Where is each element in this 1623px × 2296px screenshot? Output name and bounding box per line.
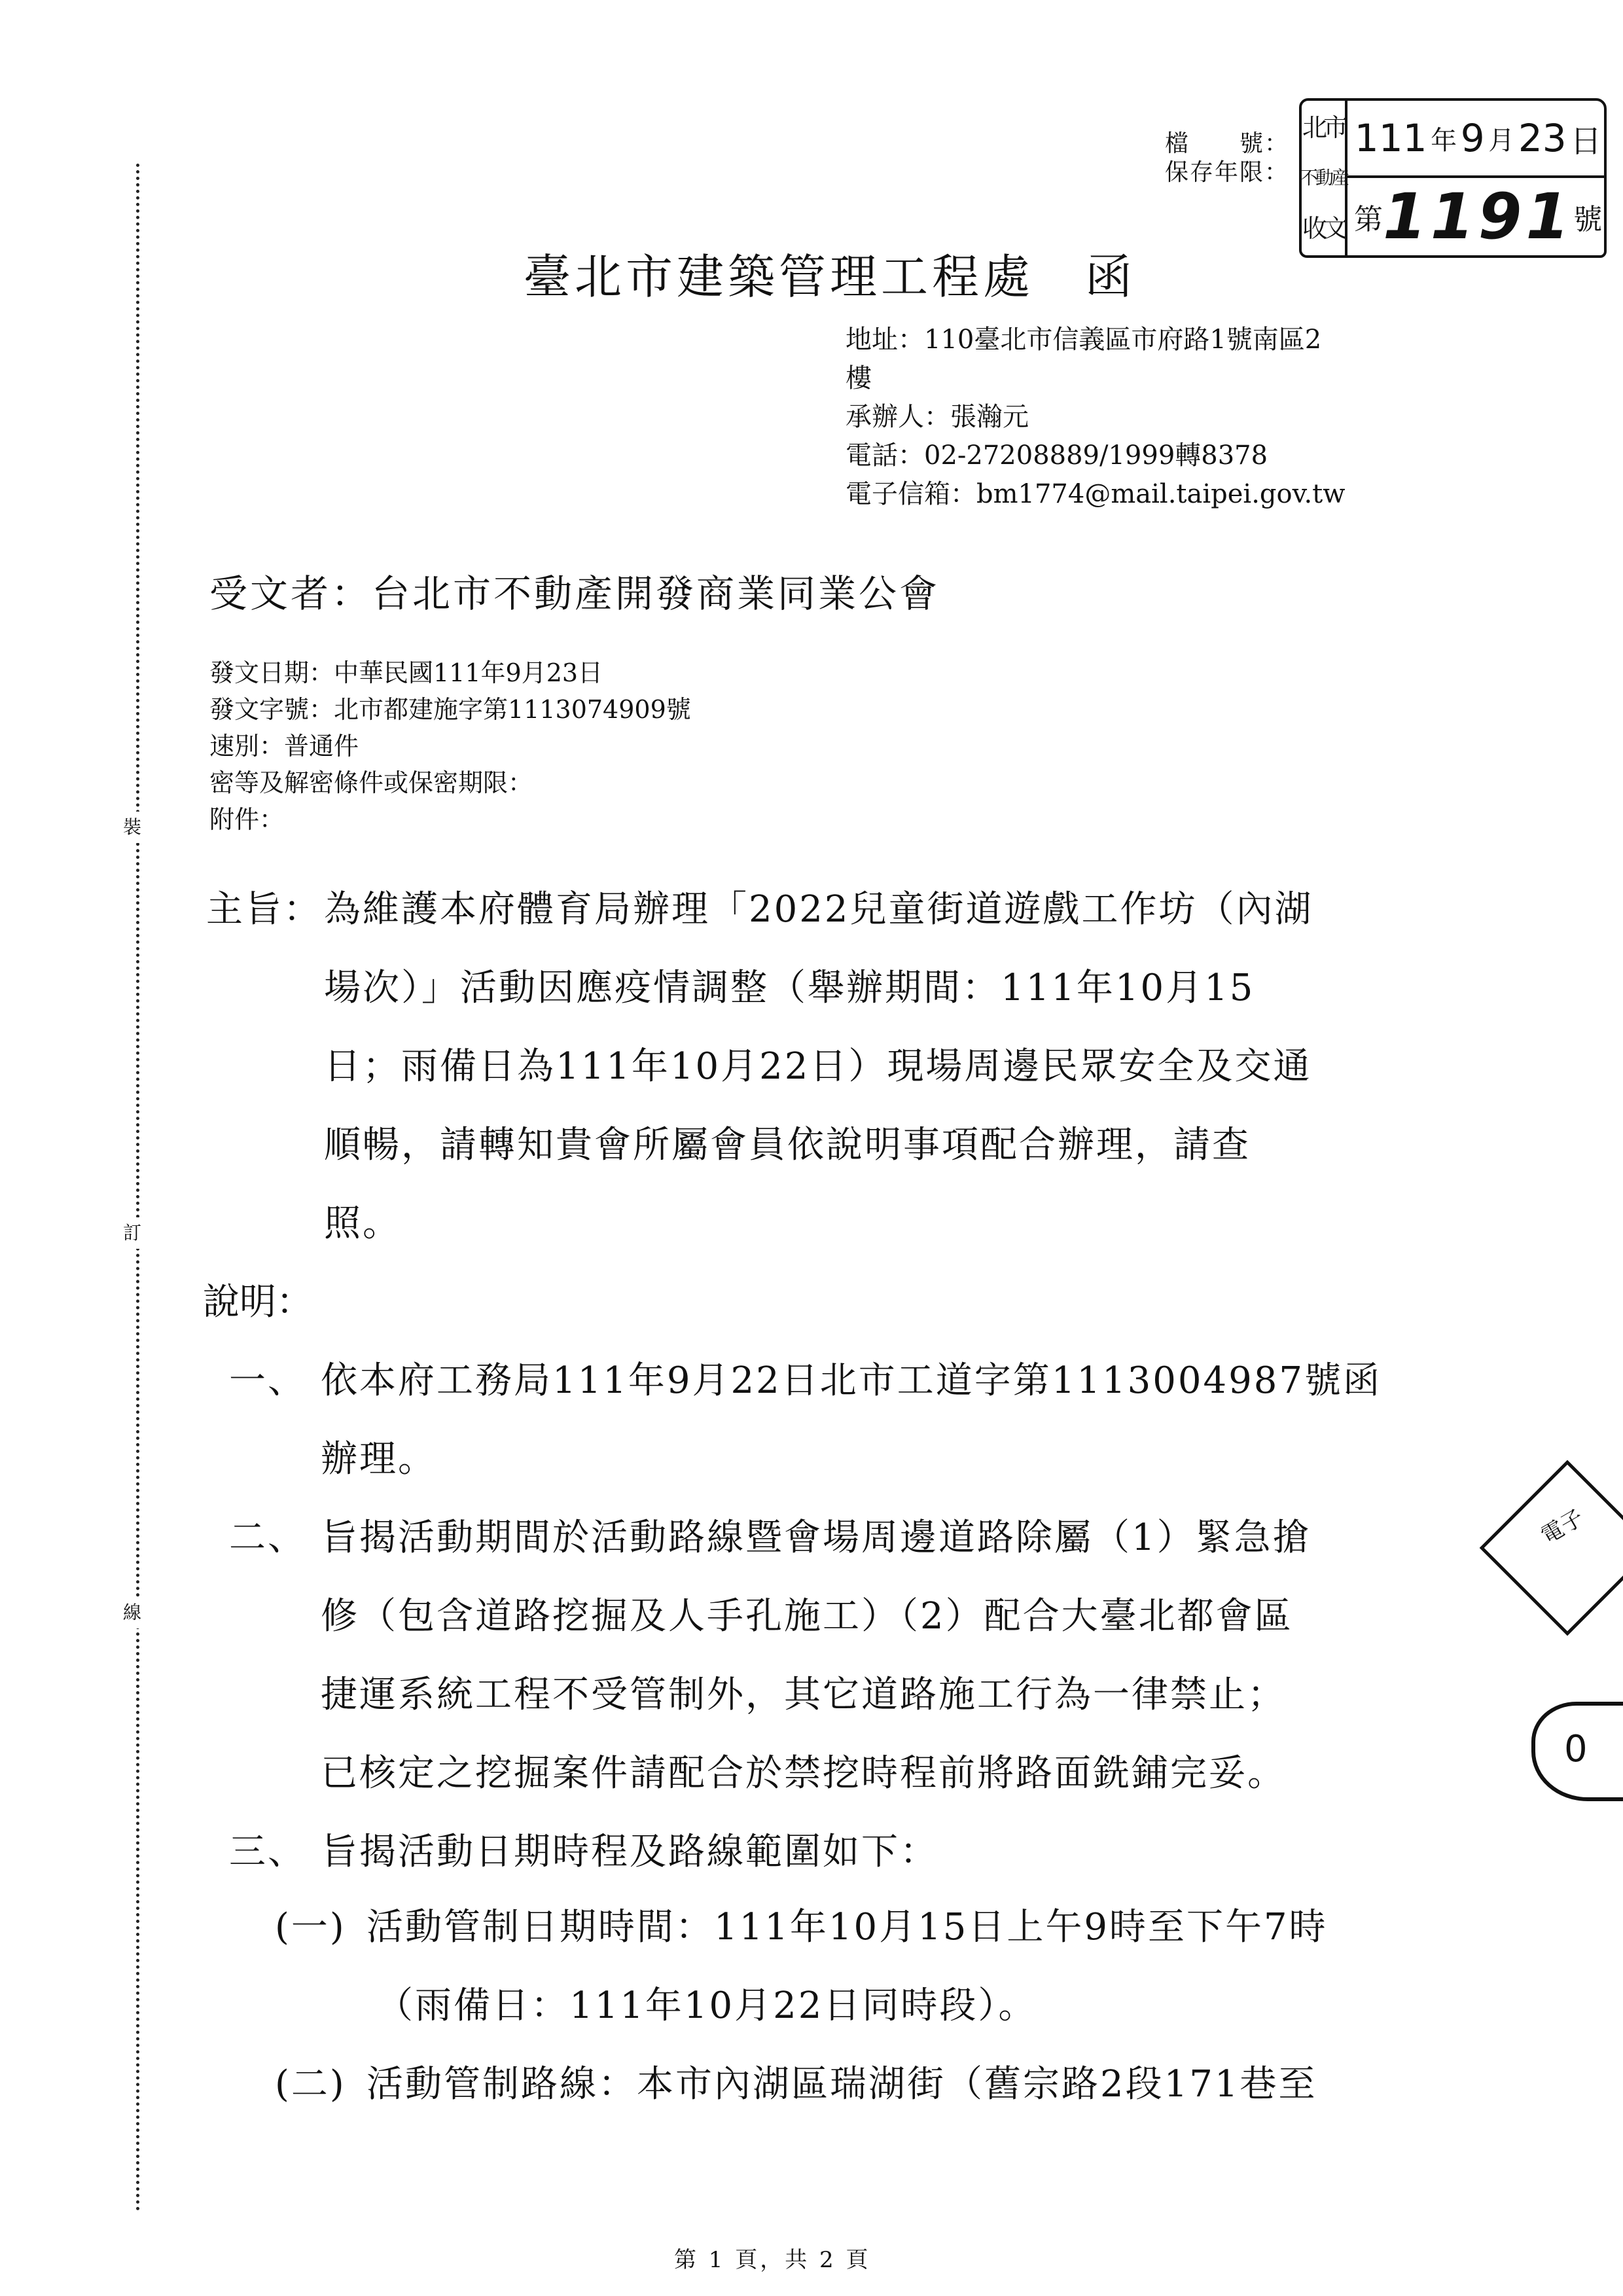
- contact-block: 地址：110臺北市信義區市府路1號南區2 樓 承辦人：張瀚元 電話：02-272…: [846, 321, 1448, 514]
- subject-line-5: 照。: [324, 1194, 401, 1247]
- item-3-line-1: 旨揭活動日期時程及路線範圍如下：: [321, 1823, 938, 1875]
- stamp-content: 111 年 9 月 23 日 第 1191 號: [1347, 101, 1607, 255]
- subject-line-4: 順暢，請轉知貴會所屬會員依說明事項配合辦理，請查: [324, 1116, 1251, 1168]
- stamp-year: 111: [1355, 116, 1427, 160]
- stamp-org-line-1: 北市: [1302, 103, 1344, 152]
- item-2-line-2: 修（包含道路挖掘及人手孔施工）（2）配合大臺北都會區: [321, 1587, 1293, 1640]
- file-number-label: 檔 號：: [1145, 130, 1289, 158]
- stamp-date: 111 年 9 月 23 日: [1347, 101, 1607, 178]
- subitem-1-line-1: 活動管制日期時間：111年10月15日上午9時至下午7時: [366, 1898, 1328, 1950]
- item-2-line-1: 旨揭活動期間於活動路線暨會場周邊道路除屬（1）緊急搶: [321, 1509, 1311, 1561]
- retention-period-label: 保存年限：: [1145, 158, 1289, 187]
- subitem-2-marker: (二): [275, 2055, 346, 2108]
- contact-officer: 承辦人：張瀚元: [846, 398, 1448, 437]
- item-1-marker: 一、: [229, 1352, 306, 1404]
- contact-address: 地址：110臺北市信義區市府路1號南區2: [846, 321, 1448, 359]
- document-title: 臺北市建築管理工程處 函: [524, 239, 1136, 307]
- stamp-org-column: 北市 不動産 收文: [1302, 101, 1347, 255]
- subject-label: 主旨：: [206, 880, 322, 933]
- recipient: 受文者：台北市不動產開發商業同業公會: [209, 563, 940, 618]
- item-2-line-3: 捷運系統工程不受管制外，其它道路施工行為一律禁止；: [321, 1666, 1286, 1718]
- attachments: 附件：: [209, 801, 691, 838]
- item-1-line-1: 依本府工務局111年9月22日北市工道字第1113004987號函: [321, 1352, 1382, 1404]
- binding-mark-xian: 線: [123, 1597, 141, 1628]
- stamp-org-line-3: 收文: [1302, 204, 1344, 253]
- item-2-line-4: 已核定之挖掘案件請配合於禁挖時程前將路面銑鋪完妥。: [321, 1744, 1286, 1797]
- subitem-2-line-1: 活動管制路線：本市內湖區瑞湖街（舊宗路2段171巷至: [366, 2055, 1317, 2108]
- contact-email[interactable]: 電子信箱：bm1774@mail.taipei.gov.tw: [846, 475, 1448, 514]
- stamp-month-unit: 月: [1488, 120, 1514, 157]
- priority: 速別：普通件: [209, 728, 691, 764]
- binding-mark-ding: 訂: [123, 1217, 141, 1249]
- contact-address-cont: 樓: [846, 359, 1448, 398]
- gear-seal-text: 0: [1564, 1728, 1588, 1770]
- subitem-1-line-2: （雨備日：111年10月22日同時段）。: [376, 1977, 1037, 2029]
- stamp-day-unit: 日: [1570, 116, 1601, 161]
- stamp-month: 9: [1461, 116, 1485, 160]
- subitem-1-marker: (一): [275, 1898, 346, 1950]
- stamp-org-line-2: 不動産: [1300, 154, 1347, 202]
- subject-line-3: 日；雨備日為111年10月22日）現場周邊民眾安全及交通: [324, 1037, 1311, 1090]
- issue-number: 發文字號：北市都建施字第1113074909號: [209, 691, 691, 728]
- subject-line-2: 場次）」活動因應疫情調整（舉辦期間：111年10月15: [324, 959, 1255, 1011]
- item-1-line-2: 辦理。: [321, 1430, 437, 1482]
- stamp-receipt-number: 第 1191 號: [1347, 178, 1607, 255]
- file-number-labels: 檔 號： 保存年限：: [1145, 130, 1289, 187]
- binding-mark-zhuang: 裝: [123, 812, 141, 843]
- stamp-number-suffix: 號: [1573, 196, 1602, 238]
- item-3-marker: 三、: [229, 1823, 306, 1875]
- stamp-handwritten-number: 1191: [1383, 180, 1573, 253]
- binding-dotted-line: [136, 164, 139, 2212]
- subject-line-1: 為維護本府體育局辦理「2022兒童街道遊戲工作坊（內湖: [324, 880, 1313, 933]
- contact-phone: 電話：02-27208889/1999轉8378: [846, 437, 1448, 475]
- stamp-day: 23: [1518, 116, 1567, 160]
- page-footer: 第 1 頁，共 2 頁: [674, 2242, 871, 2274]
- stamp-number-prefix: 第: [1354, 196, 1383, 238]
- classification: 密等及解密條件或保密期限：: [209, 764, 691, 801]
- stamp-year-unit: 年: [1431, 120, 1457, 157]
- receipt-stamp: 北市 不動産 收文 111 年 9 月 23 日 第 1191 號: [1299, 98, 1607, 258]
- item-2-marker: 二、: [229, 1509, 306, 1561]
- issue-date: 發文日期：中華民國111年9月23日: [209, 655, 691, 691]
- explanation-label: 說明：: [203, 1273, 313, 1325]
- document-meta: 發文日期：中華民國111年9月23日 發文字號：北市都建施字第111307490…: [209, 655, 691, 838]
